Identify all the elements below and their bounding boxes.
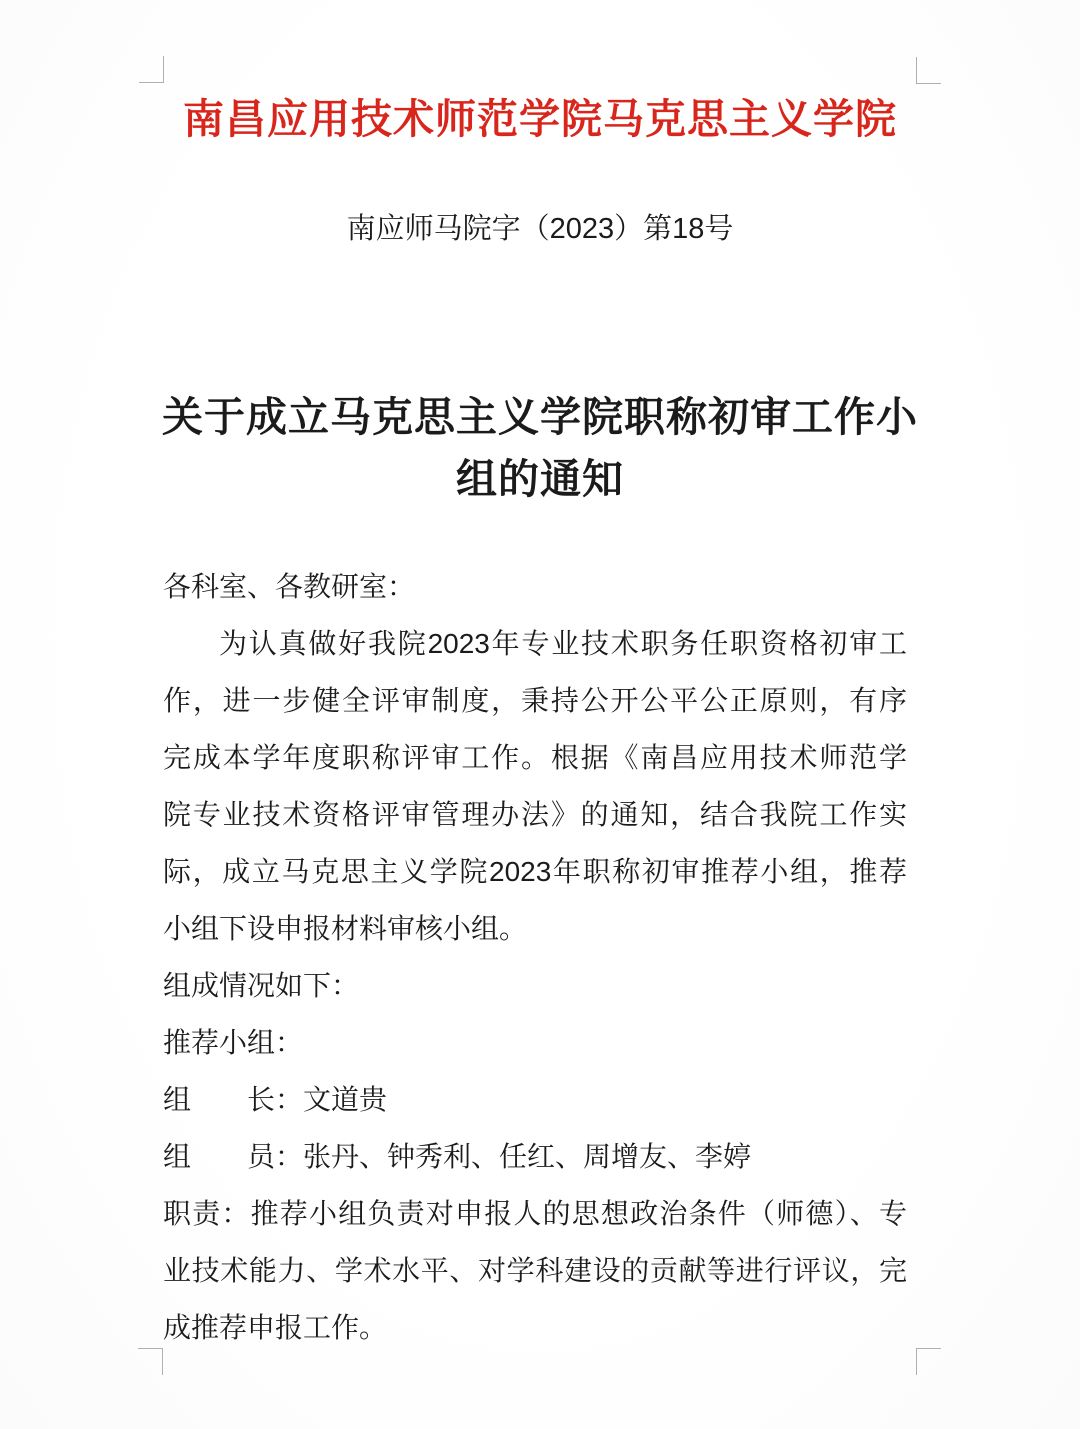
notice-title-line-1: 关于成立马克思主义学院职称初审工作小 bbox=[0, 386, 1080, 448]
body-line: 小组下设申报材料审核小组。 bbox=[163, 900, 907, 957]
document-number: 南应师马院字（2023）第18号 bbox=[0, 206, 1080, 247]
body-line-duty: 职责：推荐小组负责对申报人的思想政治条件（师德）、专 bbox=[163, 1185, 907, 1242]
body-line: 际，成立马克思主义学院2023年职称初审推荐小组，推荐 bbox=[163, 843, 907, 900]
body-line-group-title: 推荐小组： bbox=[163, 1014, 907, 1071]
body-line-section: 组成情况如下： bbox=[163, 957, 907, 1014]
page-corner-mark-top-right bbox=[916, 57, 941, 84]
body-line: 院专业技术资格评审管理办法》的通知，结合我院工作实 bbox=[163, 786, 907, 843]
body-line-duty: 成推荐申报工作。 bbox=[163, 1299, 907, 1356]
body-line: 完成本学年度职称评审工作。根据《南昌应用技术师范学 bbox=[163, 729, 907, 786]
body-line-duty: 业技术能力、学术水平、对学科建设的贡献等进行评议，完 bbox=[163, 1242, 907, 1299]
body-line-group-members: 组 员：张丹、钟秀利、任红、周增友、李婷 bbox=[163, 1128, 907, 1185]
body-line-salutation: 各科室、各教研室： bbox=[163, 558, 907, 615]
document-page: 南昌应用技术师范学院马克思主义学院 南应师马院字（2023）第18号 关于成立马… bbox=[0, 0, 1080, 1429]
page-corner-mark-top-left bbox=[139, 56, 164, 83]
body-line: 为认真做好我院2023年专业技术职务任职资格初审工 bbox=[163, 615, 907, 672]
page-corner-mark-bottom-right bbox=[916, 1348, 941, 1375]
notice-title-line-2: 组的通知 bbox=[0, 448, 1080, 510]
body-line: 作，进一步健全评审制度，秉持公开公平公正原则，有序 bbox=[163, 672, 907, 729]
notice-title: 关于成立马克思主义学院职称初审工作小 组的通知 bbox=[0, 386, 1080, 510]
institution-header: 南昌应用技术师范学院马克思主义学院 bbox=[0, 86, 1080, 145]
body-line-group-leader: 组 长：文道贵 bbox=[163, 1071, 907, 1128]
notice-body: 各科室、各教研室： 为认真做好我院2023年专业技术职务任职资格初审工 作，进一… bbox=[163, 558, 907, 1356]
page-corner-mark-bottom-left bbox=[138, 1348, 163, 1375]
